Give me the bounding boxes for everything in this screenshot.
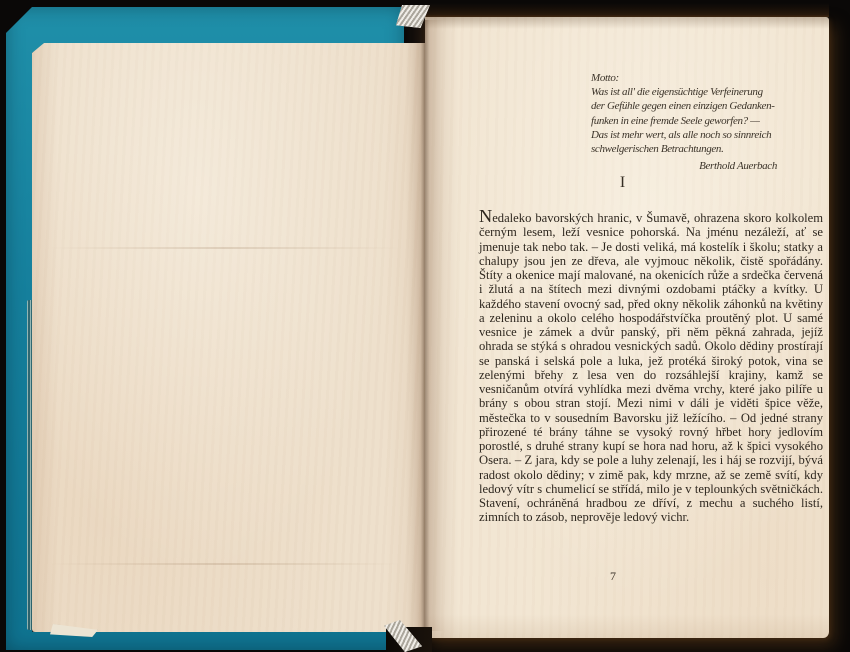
open-book-photo: Motto: Was ist all' die eigensüchtige Ve… xyxy=(0,0,850,652)
left-page-blank xyxy=(32,43,425,632)
page-crease xyxy=(48,563,402,565)
chapter-numeral: I xyxy=(583,174,663,192)
chapter-body-text: Nedaleko bavorských hranic, v Šumavě, oh… xyxy=(479,209,823,525)
motto-block: Motto: Was ist all' die eigensüchtige Ve… xyxy=(591,71,777,173)
right-page: Motto: Was ist all' die eigensüchtige Ve… xyxy=(425,17,829,638)
page-number: 7 xyxy=(543,569,683,584)
motto-label: Motto: xyxy=(591,71,777,85)
page-crease xyxy=(48,247,402,249)
motto-quote: Was ist all' die eigensüchtige Verfeiner… xyxy=(591,85,777,156)
motto-attribution: Berthold Auerbach xyxy=(591,159,777,173)
book-block-top-shadow xyxy=(425,3,829,17)
